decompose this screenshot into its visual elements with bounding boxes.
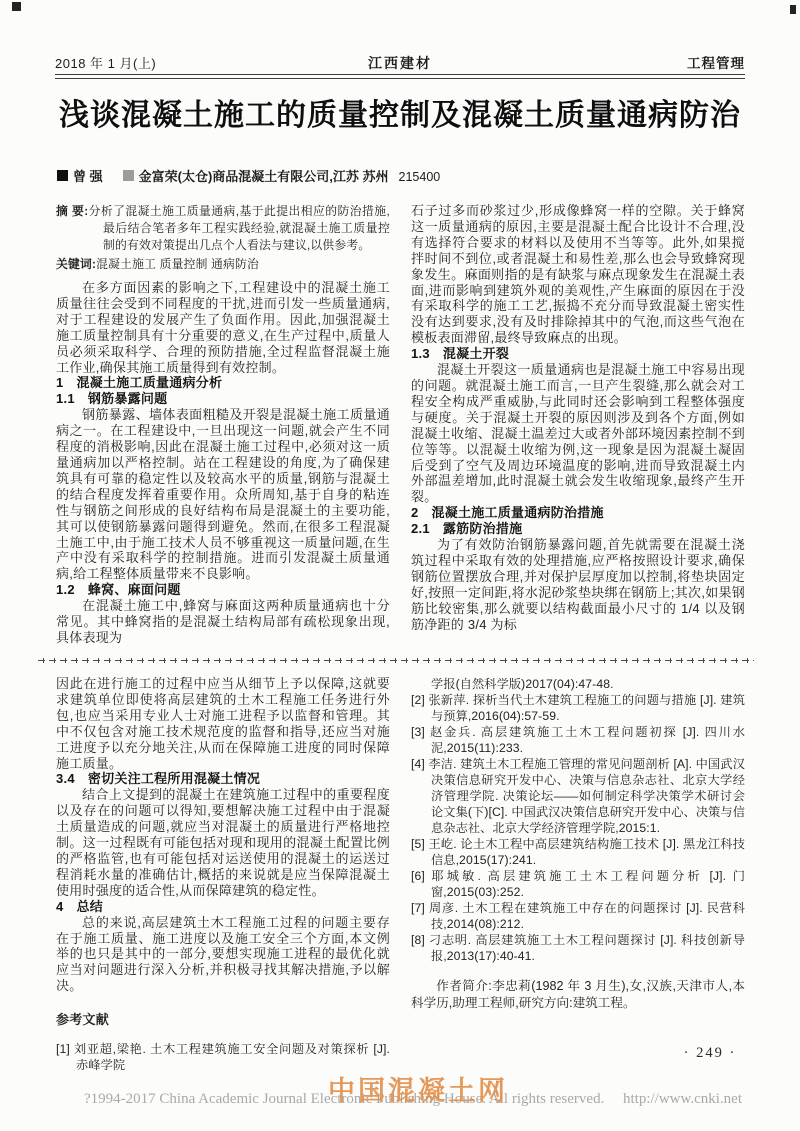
affiliation-bullet-gray-icon — [123, 170, 134, 181]
paragraph-3-4: 结合上文提到的混凝土在建筑施工过程中的重要程度以及存在的问题可以得知,要想解决施… — [56, 787, 390, 898]
section-number: 1.1 — [56, 391, 75, 407]
section-number: 2.1 — [411, 521, 430, 537]
reference-item-6: [6] 耶城敏. 高层建筑施工土木工程问题分析 [J]. 门窗,2015(03)… — [411, 868, 745, 900]
top-left-column: 摘 要:分析了混凝土施工质量通病,基于此提出相应的防治措施,最后结合笔者多年工程… — [56, 203, 390, 659]
section-title: 密切关注工程所用混凝土情况 — [88, 771, 260, 786]
section-number: 4 — [56, 899, 63, 915]
reference-item-4: [4] 李洁. 建筑土木工程施工管理的常见问题剖析 [A]. 中国武汉决策信息研… — [411, 756, 745, 836]
paragraph-1-3: 混凝土开裂这一质量通病也是混凝土施工中容易出现的问题。就混凝土施工而言,一旦产生… — [411, 362, 745, 505]
section-number: 1.2 — [56, 582, 75, 598]
keywords-text: 混凝土施工 质量控制 通病防治 — [96, 257, 259, 271]
paragraph-2-1: 为了有效防治钢筋暴露问题,首先就需要在混凝土浇筑过程中采取有效的处理措施,应严格… — [411, 537, 745, 632]
paragraph-continued: 因此在进行施工的过程中应当从细节上予以保障,这就要求建筑单位即使将高层建筑的土木… — [56, 676, 390, 771]
reference-item-3: [3] 赵金兵. 高层建筑施工土木工程问题初探 [J]. 四川水泥,2015(1… — [411, 724, 745, 756]
article-title: 浅谈混凝土施工的质量控制及混凝土质量通病防治 — [55, 90, 745, 134]
page-number: · 249 · — [640, 1045, 780, 1062]
section-number: 2 — [411, 505, 418, 521]
references-heading: 参考文献 — [56, 1012, 390, 1028]
scan-artifact — [790, 5, 796, 14]
section-heading-2-1: 2.1露筋防治措施 — [411, 521, 745, 537]
footer-url: http://www.cnki.net — [623, 1091, 742, 1108]
article-divider-dashed-rule — [38, 658, 754, 663]
section-title: 混凝土开裂 — [443, 346, 509, 361]
paragraph-4: 总的来说,高层建筑土木工程施工过程的问题主要存在于施工质量、施工进度以及施工安全… — [56, 915, 390, 995]
scan-artifact — [12, 2, 21, 11]
bottom-left-column: 因此在进行施工的过程中应当从细节上予以保障,这就要求建筑单位即使将高层建筑的土木… — [56, 676, 390, 1076]
paragraph-1-2-continued: 石子过多而砂浆过少,形成像蜂窝一样的空隙。关于蜂窝这一质量通病的原因,主要是混凝… — [411, 203, 745, 346]
author-line: 曾 强金富荣(太仓)商品混凝土有限公司,江苏 苏州215400 — [57, 166, 440, 185]
abstract-block: 摘 要:分析了混凝土施工质量通病,基于此提出相应的防治措施,最后结合笔者多年工程… — [56, 203, 390, 273]
section-number: 1 — [56, 375, 63, 391]
header-double-rule — [55, 74, 745, 79]
section-heading-3-4: 3.4密切关注工程所用混凝土情况 — [56, 771, 390, 787]
issue-date: 2018 年 1 月(上) — [55, 53, 283, 72]
keywords-label: 关键词: — [56, 257, 96, 271]
reference-item-2: [2] 张新萍. 探析当代土木建筑工程施工的问题与措施 [J]. 建筑与预算,2… — [411, 692, 745, 724]
journal-name: 江西建材 — [283, 53, 518, 73]
section-number: 3.4 — [56, 771, 75, 787]
section-heading-4: 4总结 — [56, 899, 390, 915]
section-heading-2: 2混凝土施工质量通病防治措施 — [411, 505, 745, 521]
section-title: 混凝土施工质量通病防治措施 — [431, 505, 603, 520]
intro-paragraph: 在多方面因素的影响之下,工程建设中的混凝土施工质量往往会受到不同程度的干扰,进而… — [56, 280, 390, 375]
column-name: 工程管理 — [517, 52, 745, 72]
abstract-label: 摘 要: — [56, 204, 88, 218]
reference-item-1-continued: 学报(自然科学版)2017(04):47-48. — [411, 676, 745, 692]
reference-item-7: [7] 周彦. 土木工程在建筑施工中存在的问题探讨 [J]. 民营科技,2014… — [411, 900, 745, 932]
paragraph-1-1: 钢筋暴露、墙体表面粗糙及开裂是混凝土施工质量通病之一。在工程建设中,一旦出现这一… — [56, 407, 390, 582]
top-columns: 摘 要:分析了混凝土施工质量通病,基于此提出相应的防治措施,最后结合笔者多年工程… — [56, 203, 746, 659]
author-bio: 作者简介:李忠莉(1982 年 3 月生),女,汉族,天津市人,本科学历,助理工… — [411, 978, 745, 1011]
reference-item-8: [8] 刁志明. 高层建筑施工土木工程问题探讨 [J]. 科技创新导报,2013… — [411, 932, 745, 964]
top-right-column: 石子过多而砂浆过少,形成像蜂窝一样的空隙。关于蜂窝这一质量通病的原因,主要是混凝… — [411, 203, 745, 659]
abstract-text: 分析了混凝土施工质量通病,基于此提出相应的防治措施,最后结合笔者多年工程实践经验… — [88, 204, 390, 252]
reference-item-5: [5] 王屹. 论土木工程中高层建筑结构施工技术 [J]. 黑龙江科技信息,20… — [411, 836, 745, 868]
author-affiliation: 金富荣(太仓)商品混凝土有限公司,江苏 苏州 — [139, 169, 389, 184]
author-bullet-black-icon — [57, 170, 68, 181]
section-title: 露筋防治措施 — [443, 521, 523, 536]
author-postcode: 215400 — [399, 170, 441, 184]
journal-page: 2018 年 1 月(上) 江西建材 工程管理 浅谈混凝土施工的质量控制及混凝土… — [0, 0, 800, 1131]
section-heading-1-2: 1.2蜂窝、麻面问题 — [56, 582, 390, 598]
section-number: 1.3 — [411, 346, 430, 362]
section-title: 混凝土施工质量通病分析 — [76, 375, 222, 390]
section-title: 总结 — [76, 899, 103, 914]
section-heading-1: 1混凝土施工质量通病分析 — [56, 375, 390, 391]
watermark-china-concrete-net: 中国混凝土网 — [328, 1069, 508, 1108]
section-heading-1-1: 1.1钢筋暴露问题 — [56, 391, 390, 407]
bottom-right-column: 学报(自然科学版)2017(04):47-48. [2] 张新萍. 探析当代土木… — [411, 676, 745, 1076]
author-name: 曾 强 — [73, 169, 103, 184]
bottom-columns: 因此在进行施工的过程中应当从细节上予以保障,这就要求建筑单位即使将高层建筑的土木… — [56, 676, 746, 1076]
section-title: 钢筋暴露问题 — [88, 391, 168, 406]
section-title: 蜂窝、麻面问题 — [88, 582, 181, 597]
paragraph-1-2: 在混凝土施工中,蜂窝与麻面这两种质量通病也十分常见。其中蜂窝指的是混凝土结构局部… — [56, 598, 390, 646]
journal-header: 2018 年 1 月(上) 江西建材 工程管理 — [55, 52, 745, 73]
section-heading-1-3: 1.3混凝土开裂 — [411, 346, 745, 362]
